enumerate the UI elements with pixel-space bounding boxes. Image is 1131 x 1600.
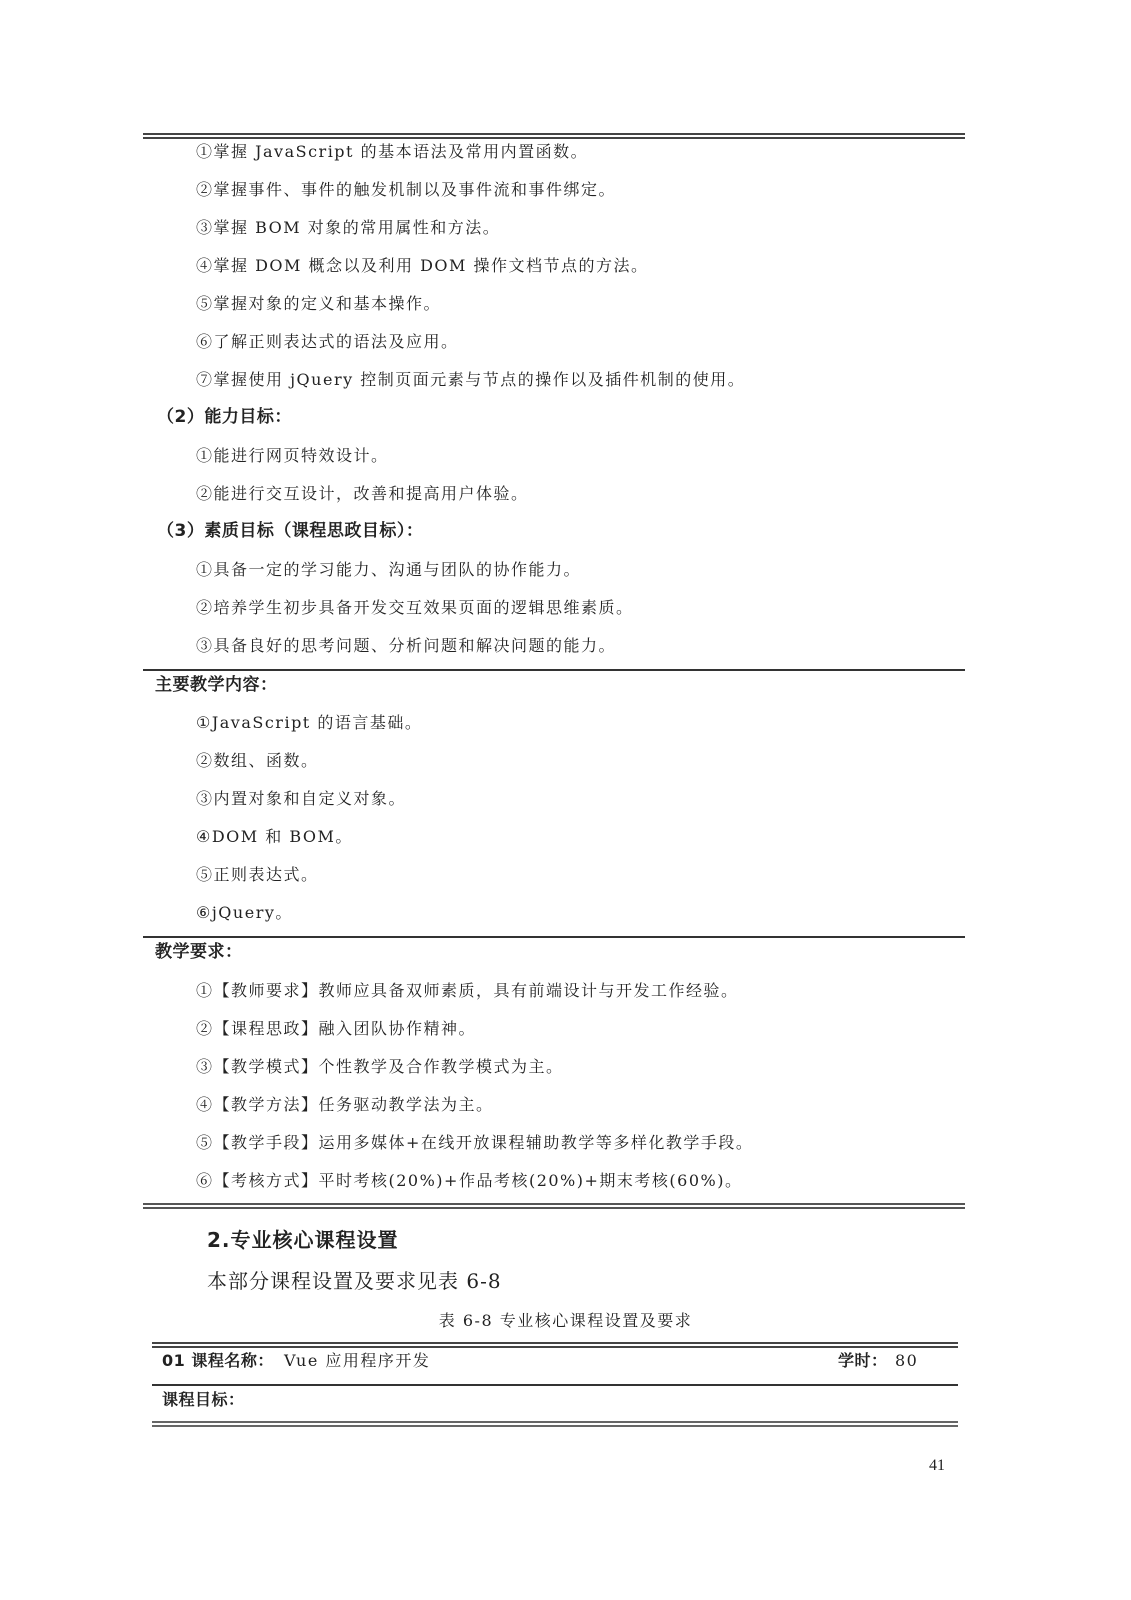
table-bottom-rule xyxy=(143,1203,965,1209)
quality-heading: （3）素质目标（课程思政目标）： xyxy=(157,520,423,542)
ability-item-2: ②能进行交互设计，改善和提高用户体验。 xyxy=(196,483,529,505)
row-divider xyxy=(143,669,965,671)
table-caption: 表 6-8 专业核心课程设置及要求 xyxy=(0,1308,1131,1331)
hours-label: 学时： xyxy=(838,1350,888,1372)
quality-item-1: ①具备一定的学习能力、沟通与团队的协作能力。 xyxy=(196,559,581,581)
content-item-3: ③内置对象和自定义对象。 xyxy=(196,788,406,810)
content-item-5: ⑤正则表达式。 xyxy=(196,864,319,886)
table2-bottom-rule xyxy=(152,1421,958,1427)
page-number: 41 xyxy=(929,1457,945,1475)
ability-item-1: ①能进行网页特效设计。 xyxy=(196,445,389,467)
table-top-rule xyxy=(143,133,965,139)
knowledge-item-4: ④掌握 DOM 概念以及利用 DOM 操作文档节点的方法。 xyxy=(196,255,649,277)
knowledge-item-5: ⑤掌握对象的定义和基本操作。 xyxy=(196,293,441,315)
requirement-item-5: ⑤【教学手段】运用多媒体+在线开放课程辅助教学等多样化教学手段。 xyxy=(196,1132,753,1154)
row-divider xyxy=(152,1384,958,1386)
course-name: Vue 应用程序开发 xyxy=(284,1350,430,1372)
requirements-heading: 教学要求： xyxy=(155,941,243,963)
table2-top-rule xyxy=(152,1342,958,1348)
knowledge-item-7: ⑦掌握使用 jQuery 控制页面元素与节点的操作以及插件机制的使用。 xyxy=(196,369,745,391)
content-heading: 主要教学内容： xyxy=(155,674,278,696)
requirement-item-3: ③【教学模式】个性教学及合作教学模式为主。 xyxy=(196,1056,564,1078)
hours-value: 80 xyxy=(895,1350,918,1372)
knowledge-item-2: ②掌握事件、事件的触发机制以及事件流和事件绑定。 xyxy=(196,179,616,201)
ability-heading: （2）能力目标： xyxy=(157,406,292,428)
content-item-6: ⑥jQuery。 xyxy=(196,902,293,924)
knowledge-item-6: ⑥了解正则表达式的语法及应用。 xyxy=(196,331,459,353)
knowledge-item-1: ①掌握 JavaScript 的基本语法及常用内置函数。 xyxy=(196,141,588,163)
requirement-item-1: ①【教师要求】教师应具备双师素质，具有前端设计与开发工作经验。 xyxy=(196,980,739,1002)
section-intro: 本部分课程设置及要求见表 6-8 xyxy=(207,1265,502,1294)
section-heading: 2.专业核心课程设置 xyxy=(207,1224,399,1253)
quality-item-3: ③具备良好的思考问题、分析问题和解决问题的能力。 xyxy=(196,635,616,657)
requirement-item-6: ⑥【考核方式】平时考核(20%)+作品考核(20%)+期末考核(60%)。 xyxy=(196,1170,742,1192)
row-divider xyxy=(143,936,965,938)
objectives-heading: 课程目标： xyxy=(162,1389,245,1411)
knowledge-item-3: ③掌握 BOM 对象的常用属性和方法。 xyxy=(196,217,500,239)
content-item-2: ②数组、函数。 xyxy=(196,750,319,772)
course-label: 01 课程名称： xyxy=(162,1350,274,1372)
requirement-item-4: ④【教学方法】任务驱动教学法为主。 xyxy=(196,1094,494,1116)
requirement-item-2: ②【课程思政】融入团队协作精神。 xyxy=(196,1018,476,1040)
content-item-4: ④DOM 和 BOM。 xyxy=(196,826,353,848)
quality-item-2: ②培养学生初步具备开发交互效果页面的逻辑思维素质。 xyxy=(196,597,634,619)
content-item-1: ①JavaScript 的语言基础。 xyxy=(196,712,422,734)
